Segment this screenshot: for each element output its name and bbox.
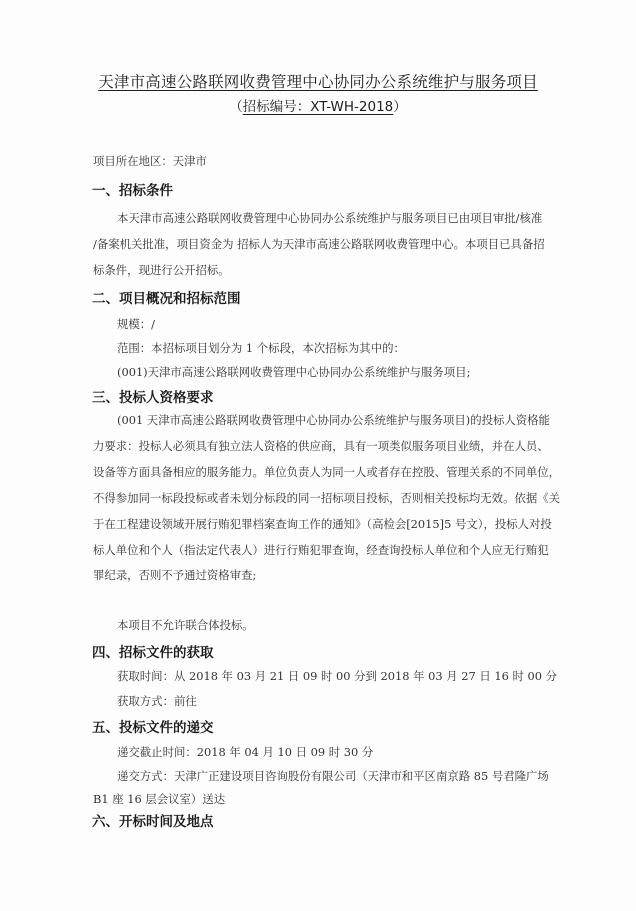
- paragraph-line: (001 天津市高速公路联网收费管理中心协同办公系统维护与服务项目)的投标人资格…: [117, 412, 550, 428]
- section-heading-1: 一、招标条件: [92, 179, 173, 199]
- paren-close: ）: [393, 99, 407, 115]
- paragraph-line: 标条件，现进行公开招标。: [93, 262, 230, 278]
- scope-line: 范围：本招标项目划分为 1 个标段，本次招标为其中的：: [117, 340, 405, 356]
- section-heading-6: 六、开标时间及地点: [92, 810, 214, 830]
- paren-open: （: [229, 99, 243, 115]
- paragraph-line: 于在工程建设领域开展行贿犯罪档案查询工作的通知》（高检会[2015]5 号文），…: [93, 516, 552, 532]
- submission-method: 递交方式：天津广正建设项目咨询股份有限公司（天津市和平区南京路 85 号君隆广场: [117, 768, 549, 784]
- project-region: 项目所在地区：天津市: [93, 153, 207, 169]
- document-title-text: 天津市高速公路联网收费管理中心协同办公系统维护与服务项目: [98, 73, 538, 91]
- acquisition-time: 获取时间：从 2018 年 03 月 21 日 09 时 00 分到 2018 …: [117, 668, 557, 684]
- acquisition-method: 获取方式：前往: [117, 693, 197, 709]
- submission-location: B1 座 16 层会议室）送达: [93, 791, 225, 807]
- paragraph-line: 不得参加同一标段投标或者未划分标段的同一招标项目投标，否则相关投标均无效。依据《…: [93, 490, 560, 506]
- tender-number: （招标编号：XT-WH-2018）: [0, 95, 636, 115]
- section-heading-3: 三、投标人资格要求: [92, 386, 214, 406]
- paragraph-line: 本天津市高速公路联网收费管理中心协同办公系统维护与服务项目已由项目审批/核准: [117, 210, 542, 226]
- section-heading-2: 二、项目概况和招标范围: [92, 287, 241, 307]
- tender-number-text: 招标编号：XT-WH-2018: [243, 99, 394, 115]
- section-heading-5: 五、投标文件的递交: [92, 716, 214, 736]
- section-heading-4: 四、招标文件的获取: [92, 641, 214, 661]
- paragraph-line: 设备等方面具备相应的服务能力。单位负责人为同一人或者存在控股、管理关系的不同单位…: [93, 464, 560, 480]
- paragraph-line: 罪纪录，否则不予通过资格审查;: [93, 567, 256, 583]
- submission-deadline: 递交截止时间：2018 年 04 月 10 日 09 时 30 分: [117, 744, 373, 760]
- document-title: 天津市高速公路联网收费管理中心协同办公系统维护与服务项目: [0, 70, 636, 92]
- paragraph-line: /备案机关批准，项目资金为 招标人为天津市高速公路联网收费管理中心。本项目已具备…: [93, 236, 545, 252]
- scanned-document-page: 天津市高速公路联网收费管理中心协同办公系统维护与服务项目 （招标编号：XT-WH…: [0, 0, 636, 911]
- paragraph-line: 力要求：投标人必须具有独立法人资格的供应商，具有一项类似服务项目业绩，并在人员、: [93, 438, 549, 454]
- lot-line: (001)天津市高速公路联网收费管理中心协同办公系统维护与服务项目;: [117, 364, 470, 380]
- paragraph-line: 标人单位和个人（指法定代表人）进行行贿犯罪查询，经查询投标人单位和个人应无行贿犯: [93, 542, 549, 558]
- scale-line: 规模：/: [117, 316, 155, 332]
- no-consortium-line: 本项目不允许联合体投标。: [117, 617, 254, 633]
